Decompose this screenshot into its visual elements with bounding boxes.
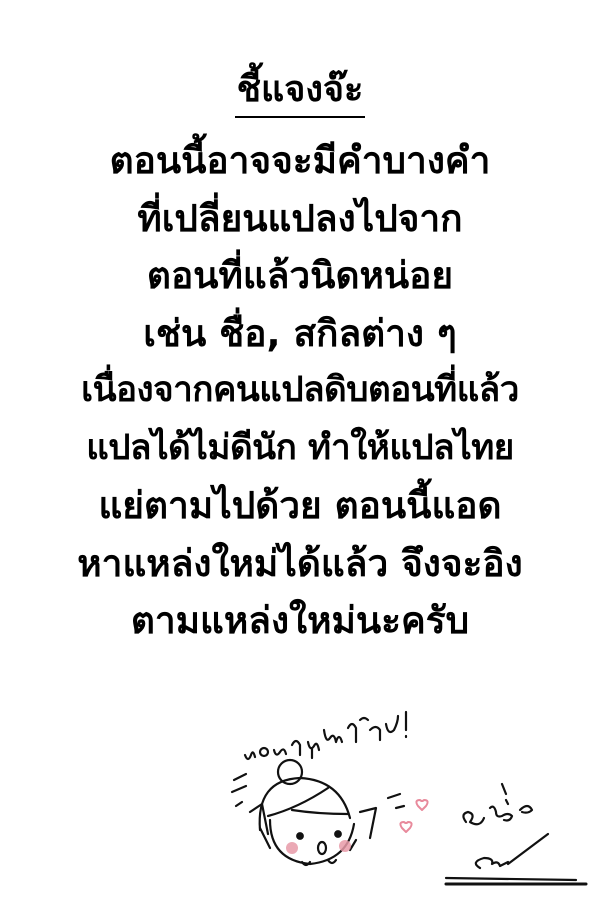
signature-icon [446, 784, 586, 884]
notice-line: ตอนนี้อาจจะมีคำบางคำ [0, 132, 600, 190]
notice-line: หาแหล่งใหม่ได้แล้ว จึงจะอิง [0, 535, 600, 593]
notice-line: แย่ตามไปด้วย ตอนนี้แอด [0, 477, 600, 535]
girl-face-icon [250, 760, 376, 865]
notice-line: เช่น ชื่อ, สกิลต่าง ๆ [0, 305, 600, 363]
notice-body: ตอนนี้อาจจะมีคำบางคำ ที่เปลี่ยนแปลงไปจาก… [0, 132, 600, 650]
notice-line: ตอนที่แล้วนิดหน่อย [0, 247, 600, 305]
notice-line: เนื่องจากคนแปลดิบตอนที่แล้ว [0, 362, 600, 420]
handwritten-thanks-icon [245, 712, 406, 759]
heart-icon [400, 800, 427, 832]
thank-you-doodle [220, 700, 600, 900]
notice-line: แปลได้ไม่ดีนัก ทำให้แปลไทย [0, 420, 600, 478]
notice-line: ตามแหล่งใหม่นะครับ [0, 592, 600, 650]
notice-title: ชี้แจงจ๊ะ [235, 68, 366, 118]
notice-line: ที่เปลี่ยนแปลงไปจาก [0, 190, 600, 248]
notice-title-wrap: ชี้แจงจ๊ะ [0, 68, 600, 118]
